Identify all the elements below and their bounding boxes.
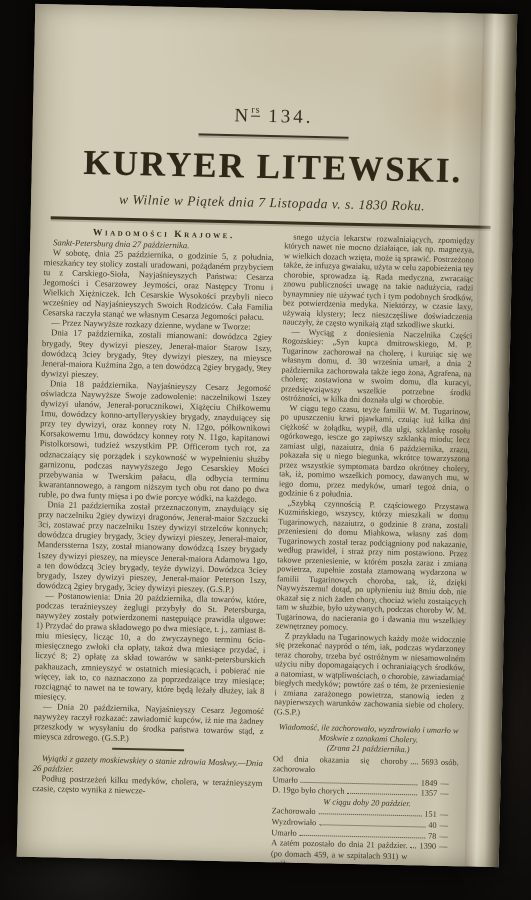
newspaper-page: Nrs 134. KURYER LITEWSKI. w Wilnie w Pią… [17,4,517,867]
issue-abbreviation: rs [251,105,260,117]
paragraph: Dnia 21 października został przeznaczony… [37,499,269,595]
dot-leader [411,763,419,764]
report-row: Od dnia okazania się choroby zachorowało… [273,754,463,779]
paragraph: Podług postrzeżeń kilku medyków, cholera… [32,773,262,798]
report-row-value: 1390 [419,842,436,853]
report-row-value: 40 [428,821,437,832]
left-column-paragraphs: W sobotę, dnia 25 października, o godzin… [33,247,274,746]
issue-prefix: N [234,105,251,126]
report-row-label: W ciągu doby 20 paździer. [323,797,411,809]
report-row-value: 5693 [421,757,438,768]
report-row-label: D. 19go było chorych [272,785,345,797]
paragraph: W sobotę, dnia 25 października, o godzin… [43,247,274,323]
masthead-dateline: w Wilnie w Piątek dnia 7 Listopada v. s.… [31,190,513,217]
dot-leader [319,824,425,827]
report-row-unit: — [440,810,462,821]
dot-leader [300,834,425,838]
report-row-value: 1849 [421,778,438,789]
masthead: Nrs 134. KURYER LITEWSKI. w Wilnie w Pią… [31,4,518,229]
masthead-rule [51,216,491,228]
report-row-value: 151 [424,810,437,821]
paragraph: Dnia 18 października. Nayjaśnieyszy Cesa… [39,378,272,504]
dot-leader [319,814,422,817]
report-row-unit: osób. [441,757,463,768]
scan-background: { "masthead": { "issue_prefix": "N", "is… [0,0,531,900]
section-divider-rule [112,748,184,751]
paragraph: „Szybką czynnością P. cząściowego Przyst… [276,498,469,635]
right-column-paragraphs: snego użycia lekarstw rozwalniaiących, z… [274,232,475,721]
issue-number: Nrs 134. [33,100,515,134]
paragraph: W ciągu tego czasu, teyże familii W. M. … [279,403,471,502]
left-column: Wiadomości Krajowe. Sankt-Petersburg dni… [30,227,274,868]
report-row: A zatém pozostało do dnia 21 paździer. (… [271,838,462,867]
subsection-paragraphs: Podług postrzeżeń kilku medyków, cholera… [32,773,262,798]
report-row-unit: — [439,832,461,843]
dot-leader [410,847,416,848]
paragraph: — Wyciąg z doniesienia Naczelnika Części… [281,327,473,407]
dot-leader [301,782,418,786]
paragraph: Z przykładu na Tugarinowych każdy może w… [274,631,466,721]
report-row-unit: — [440,789,462,800]
issue-underline-rule [199,133,349,138]
newspaper-title: KURYER LITEWSKI. [31,142,514,193]
report-row-label: Umarło [271,828,297,839]
report-row-label: Od dnia okazania się choroby zachorowało [273,754,408,778]
cholera-report-table: Wiadomość, ile zachorowało, wyzdrowiało … [270,722,464,867]
report-row-unit: — [439,842,461,853]
text-columns: Wiadomości Krajowe. Sankt-Petersburg dni… [17,226,513,867]
report-row-label: Umarło [272,775,298,786]
dot-leader [348,793,418,796]
issue-value: 134. [268,106,314,128]
report-row-value: 1357 [421,789,438,800]
paragraph: — Dnia 20 października, Nayjaśnieyszy Ce… [33,701,264,746]
right-column: snego użycia lekarstw rozwalniaiących, z… [270,232,474,867]
report-rows: Od dnia okazania się choroby zachorowało… [270,754,463,867]
paragraph: — Postanowienia: Dnia 20 października, d… [34,590,266,706]
paragraph: snego użycia lekarstw rozwalniaiących, z… [282,232,474,331]
report-row-label: A zatém pozostało do dnia 21 paździer. (… [271,838,408,867]
report-row-unit: — [440,779,462,790]
report-row-value: 78 [428,831,437,842]
paragraph: Dnia 17 października, zostali mianowani:… [41,328,272,383]
report-row-unit: — [439,821,461,832]
